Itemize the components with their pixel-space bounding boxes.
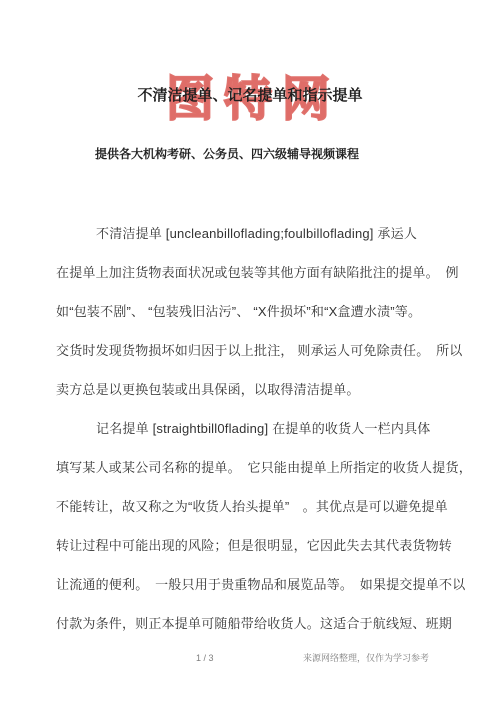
source-note: 来源网络整理，仅作为学习参考	[303, 652, 429, 664]
body-line: 不能转让，故又称之为“收货人抬头提单” 。其优点是可以避免提单	[56, 487, 448, 526]
body-line: 记名提单 [straightbill0flading] 在提单的收货人一栏内具体	[56, 409, 448, 448]
body-line: 让流通的便利。 一般只用于贵重物品和展览品等。 如果提交提单不以	[56, 565, 448, 604]
body-line: 如“包装不剧”、 “包装残旧沾污”、 “X件损坏”和“X盒遭水渍”等。	[56, 292, 448, 331]
document-page: 图特网 不清洁提单、记名提单和指示提单 提供各大机构考研、公务员、四六级辅导视频…	[0, 0, 500, 708]
body-line: 填写某人或某公司名称的提单。 它只能由提单上所指定的收货人提货，	[56, 448, 448, 487]
document-body: 不清洁提单 [uncleanbilloflading;foulbilloflad…	[56, 214, 448, 643]
document-title: 不清洁提单、记名提单和指示提单	[0, 86, 500, 106]
document-subtitle: 提供各大机构考研、公务员、四六级辅导视频课程	[95, 146, 359, 162]
body-line: 交货时发现货物损坏如归因于以上批注， 则承运人可免除责任。 所以	[56, 331, 448, 370]
body-line: 卖方总是以更换包装或出具保函，以取得清洁提单。	[56, 370, 448, 409]
body-line: 不清洁提单 [uncleanbilloflading;foulbilloflad…	[56, 214, 448, 253]
body-line: 在提单上加注货物表面状况或包装等其他方面有缺陷批注的提单。 例	[56, 253, 448, 292]
body-line: 转让过程中可能出现的风险；但是很明显，它因此失去其代表货物转	[56, 526, 448, 565]
body-line: 付款为条件，则正本提单可随船带给收货人。这适合于航线短、班期	[56, 604, 448, 643]
page-indicator: 1 / 3	[196, 652, 214, 664]
